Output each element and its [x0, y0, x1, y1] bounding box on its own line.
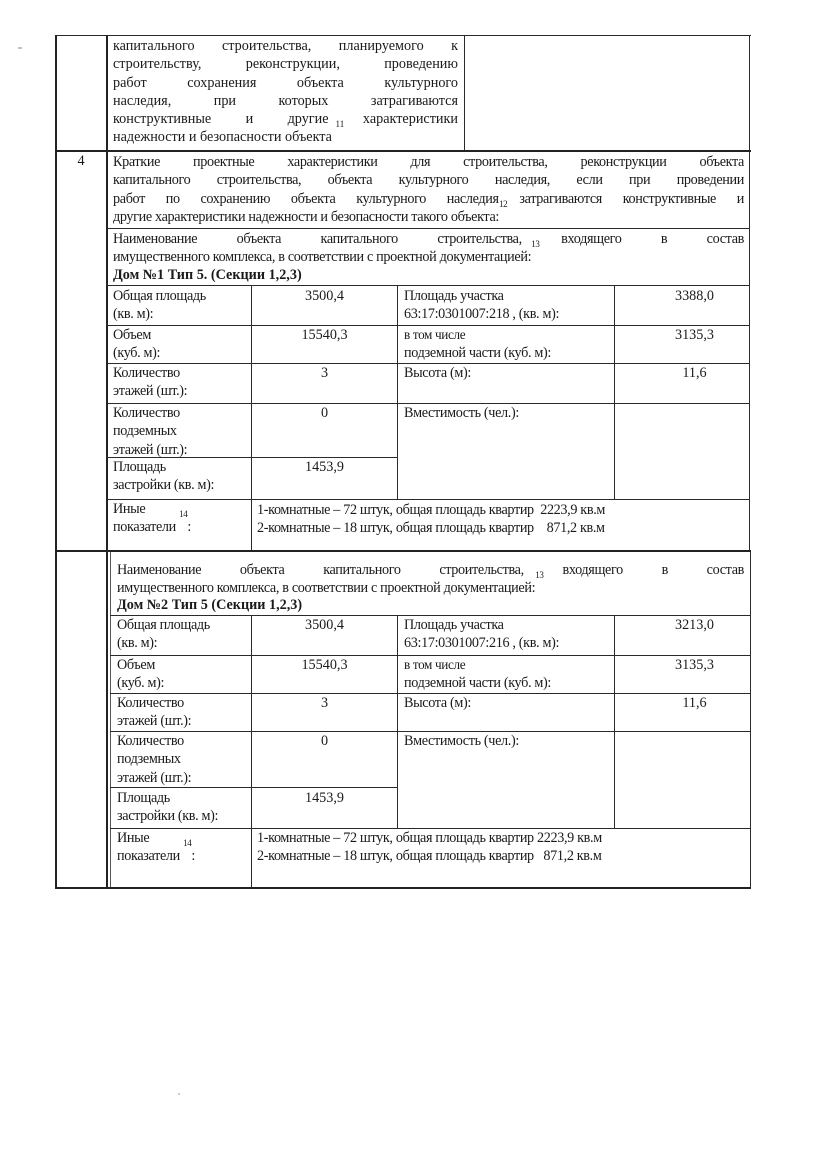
apartment-stat-line: 1-комнатные – 72 штук, общая площадь ква… — [257, 501, 744, 519]
continued-line: строительству, реконструкции, проведению — [113, 55, 458, 73]
underground-floors-value: 0 — [252, 732, 397, 750]
total-area-value: 3500,4 — [252, 616, 397, 634]
total-area-value: 3500,4 — [252, 287, 397, 305]
underground-floors-label: Количество подземных этажей (шт.): — [107, 404, 251, 459]
footnote-ref: 12 — [499, 199, 507, 209]
section-header: Краткие проектные характеристики для стр… — [107, 153, 750, 208]
plot-area-value: 3388,0 — [615, 287, 750, 305]
apartment-stat-line: 2-комнатные – 18 штук, общая площадь ква… — [257, 519, 744, 537]
row-number: 4 — [56, 152, 106, 170]
underground-volume-label: в том числе подземной части (куб. м): — [398, 326, 614, 363]
underground-volume-value: 3135,3 — [615, 326, 750, 344]
floors-label: Количество этажей (шт.): — [111, 694, 251, 731]
underground-volume-value: 3135,3 — [615, 656, 750, 674]
continued-description: капитального строительства, планируемого… — [107, 37, 464, 128]
total-area-label: Общая площадь (кв. м): — [111, 616, 251, 653]
height-label: Высота (м): — [398, 364, 614, 382]
continued-line: работ сохранения объекта культурного — [113, 74, 458, 92]
section-header-last: другие характеристики надежности и безоп… — [107, 208, 750, 226]
built-area-label: Площадь застройки (кв. м): — [111, 789, 251, 826]
footnote-ref: 13 — [535, 570, 543, 580]
floors-value: 3 — [252, 694, 397, 712]
volume-value: 15540,3 — [252, 326, 397, 344]
building-title: Дом №2 Тип 5 (Секции 1,2,3) — [111, 596, 750, 614]
other-indicators-label: Иные показатели 14: — [107, 500, 251, 537]
plot-area-value: 3213,0 — [615, 616, 750, 634]
continued-last-line: надежности и безопасности объекта 11 — [107, 128, 464, 146]
object-name-label: Наименование объекта капитального строит… — [111, 561, 750, 579]
built-area-value: 1453,9 — [252, 789, 397, 807]
other-indicators-value: 1-комнатные – 72 штук, общая площадь ква… — [252, 519, 750, 538]
other-indicators-label: Иные показатели 14: — [111, 829, 251, 866]
continued-line: наследия, при которых затрагиваются — [113, 92, 458, 110]
volume-label: Объем (куб. м): — [111, 656, 251, 693]
capacity-label: Вместимость (чел.): — [398, 732, 614, 750]
underground-floors-value: 0 — [252, 404, 397, 422]
footnote-ref: 14 — [179, 509, 187, 519]
floors-label: Количество этажей (шт.): — [107, 364, 251, 401]
height-value: 11,6 — [615, 364, 750, 382]
apartment-stat-line: 1-комнатные – 72 штук, общая площадь ква… — [257, 829, 744, 847]
top-right-empty-cell — [465, 37, 749, 149]
footnote-ref: 11 — [336, 119, 345, 129]
continued-line: конструктивные и другие характеристики — [113, 110, 458, 128]
height-value: 11,6 — [615, 694, 750, 712]
volume-value: 15540,3 — [252, 656, 397, 674]
apartment-stat-line: 2-комнатные – 18 штук, общая площадь ква… — [257, 847, 744, 865]
other-indicators-value: 1-комнатные – 72 штук, общая площадь ква… — [252, 829, 750, 866]
total-area-label: Общая площадь (кв. м): — [107, 287, 251, 324]
floors-value: 3 — [252, 364, 397, 382]
underground-floors-label: Количество подземных этажей (шт.): — [111, 732, 251, 787]
plot-area-label: Площадь участка 63:17:0301007:218 , (кв.… — [398, 287, 614, 324]
built-area-label: Площадь застройки (кв. м): — [107, 458, 251, 495]
scan-artifact — [18, 47, 22, 49]
underground-volume-label: в том числе подземной части (куб. м): — [398, 656, 614, 693]
built-area-value: 1453,9 — [252, 458, 397, 476]
building-title: Дом №1 Тип 5. (Секции 1,2,3) — [107, 266, 750, 284]
footnote-ref: 13 — [531, 239, 539, 249]
object-name-label-line2: имущественного комплекса, в соответствии… — [111, 579, 750, 597]
footnote-ref: 14 — [183, 838, 191, 848]
scan-artifact — [178, 1093, 180, 1095]
height-label: Высота (м): — [398, 694, 614, 712]
object-name-label: Наименование объекта капитального строит… — [107, 230, 750, 248]
document-page: капитального строительства, планируемого… — [0, 0, 832, 1169]
volume-label: Объем (куб. м): — [107, 326, 251, 363]
plot-area-label: Площадь участка 63:17:0301007:216 , (кв.… — [398, 616, 614, 653]
object-name-label-line2: имущественного комплекса, в соответствии… — [107, 248, 750, 266]
capacity-label: Вместимость (чел.): — [398, 404, 614, 422]
continued-line: капитального строительства, планируемого… — [113, 37, 458, 55]
